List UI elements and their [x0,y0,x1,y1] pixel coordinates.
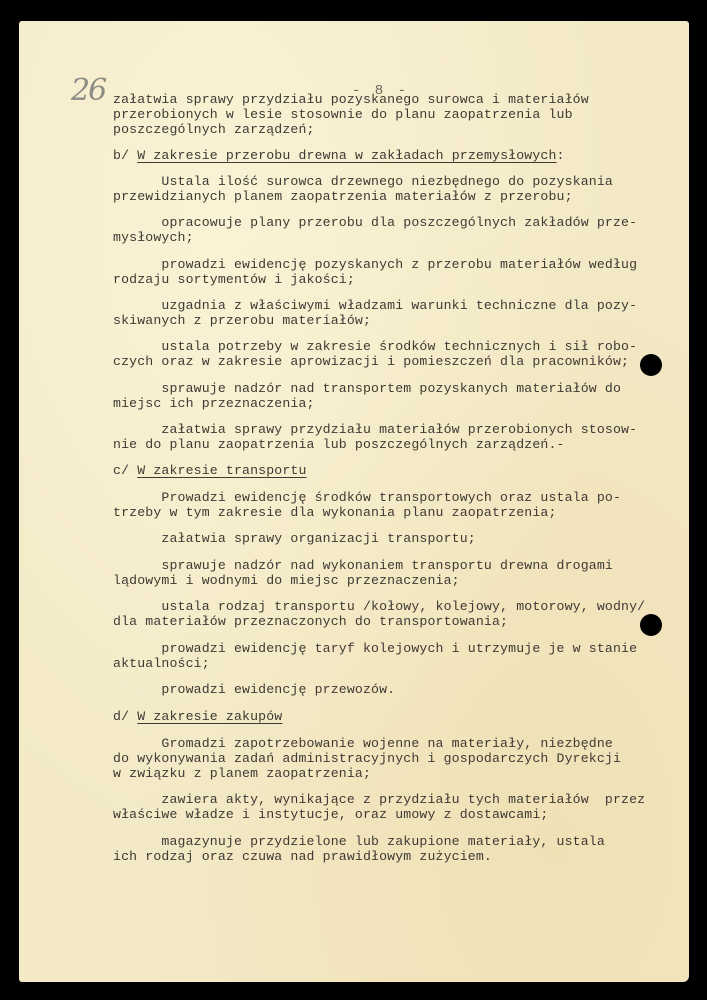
section-title: W zakresie transportu [137,463,306,478]
paragraph-line: właściwe władze i instytucje, oraz umowy… [113,807,548,822]
section-title: W zakresie przerobu drewna w zakładach p… [137,148,556,163]
paragraph-line: prowadzi ewidencję pozyskanych z przerob… [113,257,637,272]
paragraph-line: miejsc ich przeznaczenia; [113,396,315,411]
heading-suffix: : [557,148,565,163]
paragraph-line: aktualności; [113,656,210,671]
paragraph-line: zawiera akty, wynikające z przydziału ty… [113,792,645,807]
document-page: 26 - 8 - załatwia sprawy przydziału pozy… [19,21,689,982]
paragraph-line: ustala potrzeby w zakresie środków techn… [113,339,637,354]
paragraph-line: prowadzi ewidencję taryf kolejowych i ut… [113,641,637,656]
paragraph-line: magazynuje przydzielone lub zakupione ma… [113,834,605,849]
paragraph-line: rodzaju sortymentów i jakości; [113,272,355,287]
paragraph-line: mysłowych; [113,230,194,245]
paragraph-line: Ustala ilość surowca drzewnego niezbędne… [113,174,613,189]
section-marker: d/ [113,709,129,724]
paragraph-line: opracowuje plany przerobu dla poszczegól… [113,215,637,230]
paragraph-line: trzeby w tym zakresie dla wykonania plan… [113,505,557,520]
paragraph-line: przewidzianych planem zaopatrzenia mater… [113,189,573,204]
paragraph-line: skiwanych z przerobu materiałów; [113,313,371,328]
paragraph-line: uzgadnia z właściwymi władzami warunki t… [113,298,637,313]
section-d-heading: d/ W zakresie zakupów [113,709,282,724]
archive-number: 26 [71,73,105,108]
paragraph-line: sprawuje nadzór nad transportem pozyskan… [113,381,621,396]
section-b-heading: b/ W zakresie przerobu drewna w zakładac… [113,148,565,163]
paragraph-line: ich rodzaj oraz czuwa nad prawidłowym zu… [113,849,492,864]
intro-line: załatwia sprawy przydziału pozyskanego s… [113,92,589,107]
paragraph-line: do wykonywania zadań administracyjnych i… [113,751,621,766]
paragraph-line: nie do planu zaopatrzenia lub poszczegól… [113,437,565,452]
paragraph-line: czych oraz w zakresie aprowizacji i pomi… [113,354,629,369]
paragraph-line: załatwia sprawy przydziału materiałów pr… [113,422,637,437]
section-marker: c/ [113,463,129,478]
paragraph-line: prowadzi ewidencję przewozów. [113,682,395,697]
paragraph-line: Prowadzi ewidencję środków transportowyc… [113,490,621,505]
section-marker: b/ [113,148,129,163]
intro-line: poszczególnych zarządzeń; [113,122,315,137]
punch-hole [640,354,662,376]
paragraph-line: w związku z planem zaopatrzenia; [113,766,371,781]
paragraph-line: sprawuje nadzór nad wykonaniem transport… [113,558,613,573]
paragraph-line: ustala rodzaj transportu /kołowy, kolejo… [113,599,645,614]
section-title: W zakresie zakupów [137,709,282,724]
paragraph-line: dla materiałów przeznaczonych do transpo… [113,614,508,629]
intro-line: przerobionych w lesie stosownie do planu… [113,107,573,122]
section-c-heading: c/ W zakresie transportu [113,463,307,478]
paragraph-line: załatwia sprawy organizacji transportu; [113,531,476,546]
paragraph-line: Gromadzi zapotrzebowanie wojenne na mate… [113,736,613,751]
punch-hole [640,614,662,636]
paragraph-line: lądowymi i wodnymi do miejsc przeznaczen… [113,573,460,588]
